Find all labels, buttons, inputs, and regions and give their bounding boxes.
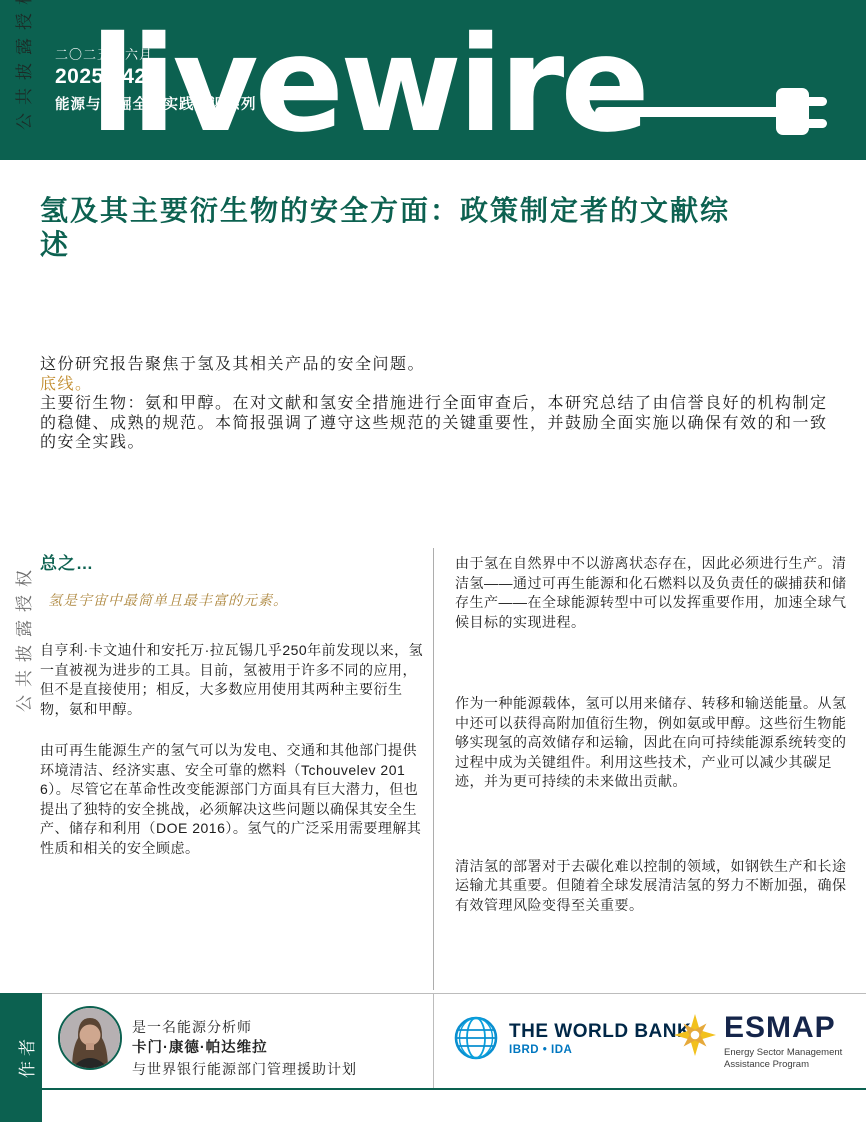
world-bank-logo: THE WORLD BANK IBRD • IDA (452, 1014, 691, 1062)
footer-bottom-rule (42, 1088, 866, 1090)
esmap-name: ESMAP (724, 1012, 842, 1044)
author-label: 作者 (13, 1034, 38, 1078)
left-column: 总之… 氢是宇宙中最简单且最丰富的元素。 自亨利·卡文迪什和安托万·拉瓦锡几乎2… (40, 548, 428, 858)
public-disclosure-label-middle: 公共披露授权 (10, 562, 35, 712)
esmap-subtitle: Energy Sector Management Assistance Prog… (724, 1047, 842, 1071)
author-info: 是一名能源分析师 卡门·康德·帕达维拉 与世界银行能源部门管理援助计划 (132, 1018, 357, 1078)
author-affiliation: 与世界银行能源部门管理援助计划 (132, 1060, 357, 1078)
esmap-logo: ESMAP Energy Sector Management Assistanc… (674, 1012, 842, 1071)
masthead: 二〇二五年六月 2025/142 能源与采掘全球实践知识系列 livewire (0, 0, 866, 160)
page-title: 氢及其主要衍生物的安全方面：政策制定者的文献综述 (40, 194, 750, 262)
intro-body: 主要衍生物：氨和甲醇。在对文献和氢安全措施进行全面审查后，本研究总结了由信誉良好… (40, 394, 840, 453)
footer-divider (433, 993, 434, 1088)
livewire-logo: livewire (90, 8, 866, 160)
intro-highlight: 底线。 (40, 375, 840, 395)
intro-block: 这份研究报告聚焦于氢及其相关产品的安全问题。 底线。 主要衍生物：氨和甲醇。在对… (40, 355, 840, 453)
lede-quote: 氢是宇宙中最简单且最丰富的元素。 (48, 591, 428, 611)
right-column: 由于氢在自然界中不以游离状态存在，因此必须进行生产。清洁氢——通过可再生能源和化… (455, 548, 847, 915)
world-bank-globe-icon (452, 1014, 500, 1062)
body-paragraph: 自亨利·卡文迪什和安托万·拉瓦锡几乎250年前发现以来，氢一直被视为进步的工具。… (40, 641, 428, 719)
section-heading: 总之… (40, 554, 428, 574)
author-role: 是一名能源分析师 (132, 1018, 357, 1036)
author-avatar (58, 1006, 122, 1070)
logo-wordmark: livewire (90, 8, 646, 160)
body-paragraph: 由可再生能源生产的氢气可以为发电、交通和其他部门提供环境清洁、经济实惠、安全可靠… (40, 741, 428, 858)
body-paragraph: 由于氢在自然界中不以游离状态存在，因此必须进行生产。清洁氢——通过可再生能源和化… (455, 554, 847, 632)
column-divider (433, 548, 434, 990)
public-disclosure-label-top: 公共披露授权 (10, 0, 35, 130)
intro-line: 这份研究报告聚焦于氢及其相关产品的安全问题。 (40, 355, 840, 375)
world-bank-subtitle: IBRD • IDA (509, 1044, 691, 1056)
world-bank-name: THE WORLD BANK (509, 1021, 691, 1043)
footer-top-rule (42, 993, 866, 994)
author-name: 卡门·康德·帕达维拉 (132, 1039, 357, 1057)
esmap-star-icon (674, 1012, 716, 1058)
document-page: 二〇二五年六月 2025/142 能源与采掘全球实践知识系列 livewire … (0, 0, 866, 1122)
body-paragraph: 清洁氢的部署对于去碳化难以控制的领域，如钢铁生产和长途运输尤其重要。但随着全球发… (455, 857, 847, 916)
body-paragraph: 作为一种能源载体，氢可以用来储存、转移和输送能量。从氢中还可以获得高附加值衍生物… (455, 694, 847, 792)
